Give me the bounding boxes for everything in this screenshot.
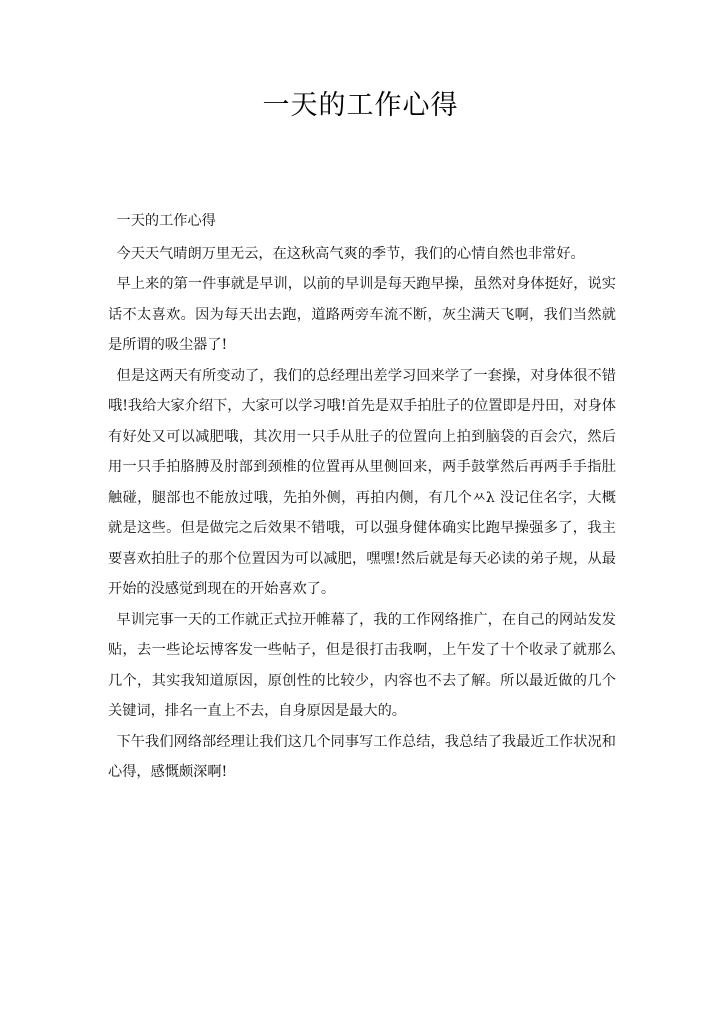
paragraph: 但是这两天有所变动了，我们的总经理出差学习回来学了一套操，对身体很不错哦!我给大… [108, 361, 616, 605]
document-subtitle: 一天的工作心得 [108, 206, 616, 237]
paragraph: 下午我们网络部经理让我们这几个同事写工作总结，我总结了我最近工作状况和心得，感慨… [108, 727, 616, 788]
document-title: 一天的工作心得 [0, 86, 721, 126]
document-body: 一天的工作心得 今天天气晴朗万里无云，在这秋高气爽的季节，我们的心情自然也非常好… [108, 206, 616, 788]
paragraph: 今天天气晴朗万里无云，在这秋高气爽的季节，我们的心情自然也非常好。 [108, 239, 616, 270]
paragraph: 早训完事一天的工作就正式拉开帷幕了，我的工作网络推广，在自己的网站发发贴，去一些… [108, 605, 616, 727]
paragraph: 早上来的第一件事就是早训，以前的早训是每天跑早操，虽然对身体挺好，说实话不太喜欢… [108, 269, 616, 361]
